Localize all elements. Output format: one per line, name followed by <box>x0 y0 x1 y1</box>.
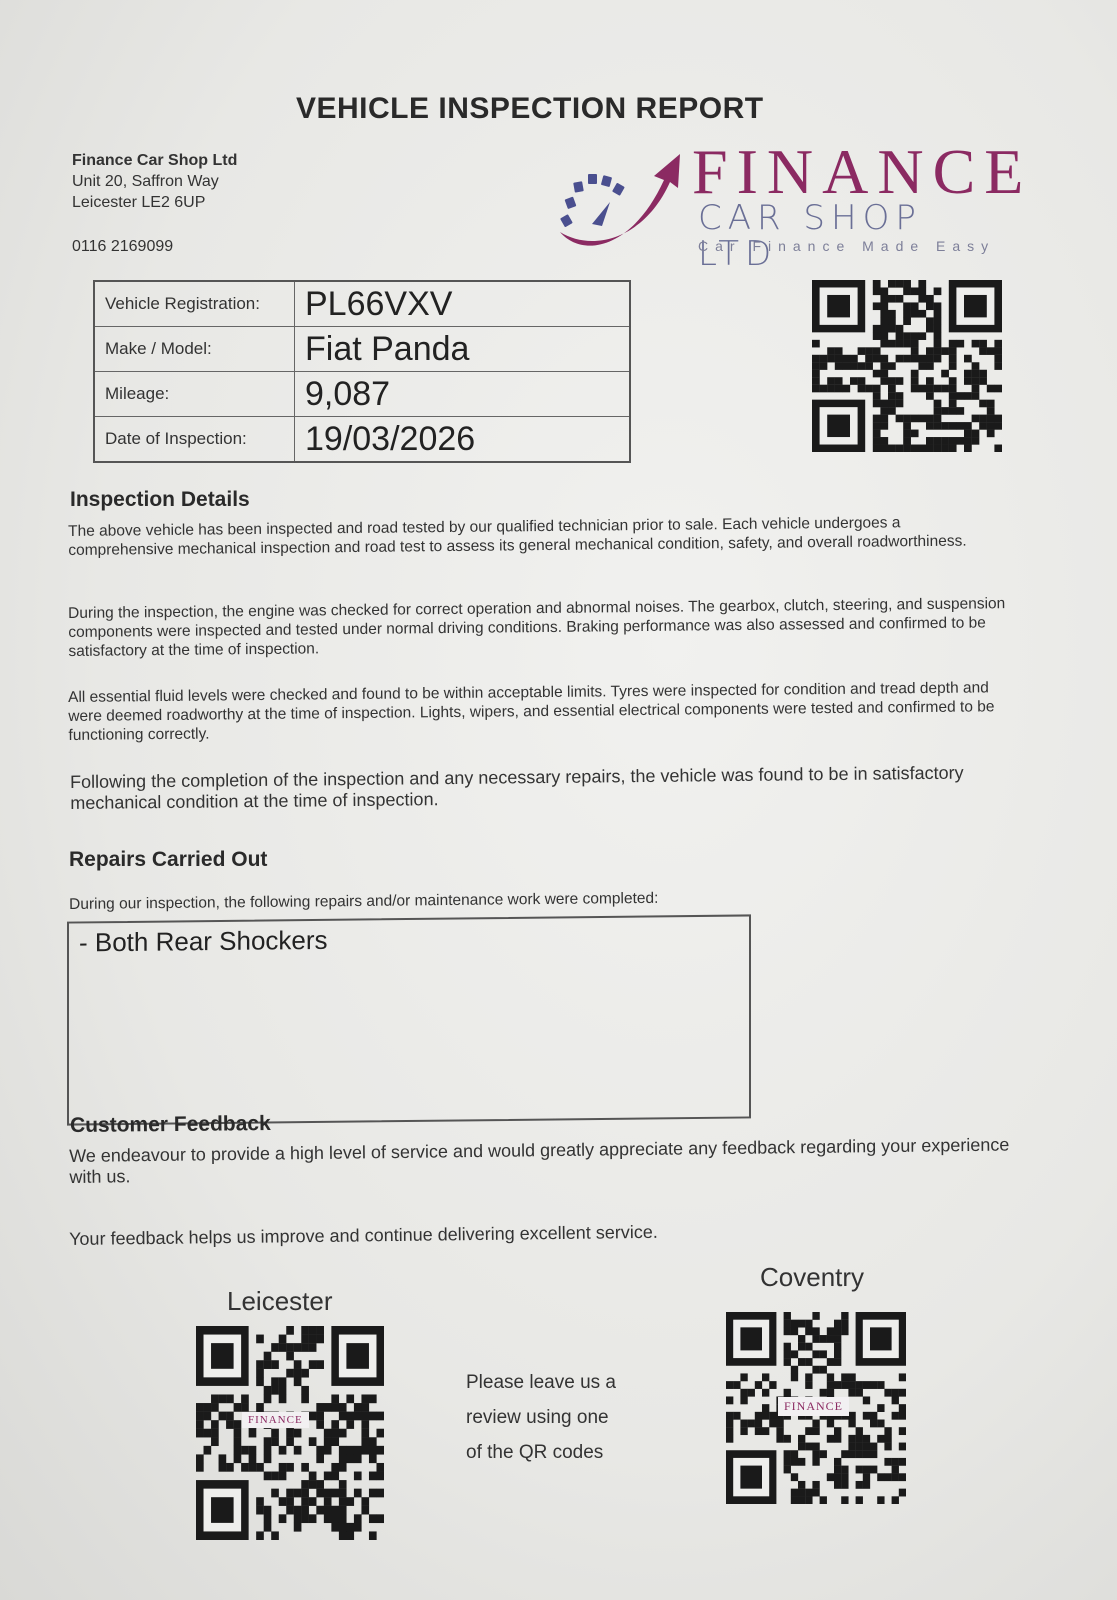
table-row: Make / Model: Fiat Panda <box>94 327 630 372</box>
inspection-paragraph-4: Following the completion of the inspecti… <box>70 762 1020 814</box>
review-line-1: Please leave us a <box>466 1365 616 1400</box>
repairs-intro: During our inspection, the following rep… <box>69 887 789 914</box>
leicester-label: Leicester <box>227 1286 333 1317</box>
inspection-paragraph-1: The above vehicle has been inspected and… <box>68 512 988 560</box>
company-logo: FINANCE CAR SHOP LTD Car Finance Made Ea… <box>562 140 1002 265</box>
inspection-paragraph-3: All essential fluid levels were checked … <box>68 678 1014 745</box>
company-address: Finance Car Shop Ltd Unit 20, Saffron Wa… <box>72 150 237 213</box>
leicester-qr-logo: FINANCE <box>242 1412 309 1428</box>
repair-item: - Both Rear Shockers <box>79 925 328 959</box>
coventry-label: Coventry <box>760 1262 864 1293</box>
review-line-2: review using one <box>466 1400 616 1435</box>
mileage-value: 9,087 <box>295 372 631 417</box>
logo-word-finance: FINANCE <box>692 140 1032 204</box>
report-page: VEHICLE INSPECTION REPORT Finance Car Sh… <box>0 0 1117 1600</box>
make-model-label: Make / Model: <box>94 327 295 372</box>
feedback-paragraph-1: We endeavour to provide a high level of … <box>69 1134 1019 1188</box>
qr-code-icon[interactable] <box>812 280 1002 452</box>
address-line-2: Leicester LE2 6UP <box>72 192 237 213</box>
inspection-date-value: 19/03/2026 <box>295 417 631 463</box>
make-model-value: Fiat Panda <box>295 327 631 372</box>
table-row: Vehicle Registration: PL66VXV <box>94 281 630 327</box>
logo-tagline: Car Finance Made Easy <box>698 238 995 254</box>
review-line-3: of the QR codes <box>466 1435 616 1470</box>
coventry-qr-logo: FINANCE <box>778 1397 849 1416</box>
logo-swoosh-icon <box>552 140 692 260</box>
leicester-qr-code-icon[interactable] <box>196 1326 384 1540</box>
inspection-date-label: Date of Inspection: <box>94 417 295 463</box>
inspection-details-heading: Inspection Details <box>70 488 250 512</box>
table-row: Date of Inspection: 19/03/2026 <box>94 417 630 463</box>
customer-feedback-heading: Customer Feedback <box>70 1112 271 1138</box>
review-instructions: Please leave us a review using one of th… <box>466 1365 616 1470</box>
document-title: VEHICLE INSPECTION REPORT <box>296 92 764 126</box>
repairs-heading: Repairs Carried Out <box>69 848 267 872</box>
address-line-1: Unit 20, Saffron Way <box>72 171 237 192</box>
company-phone: 0116 2169099 <box>72 238 173 256</box>
feedback-paragraph-2: Your feedback helps us improve and conti… <box>69 1217 1019 1250</box>
repairs-box: - Both Rear Shockers <box>67 914 751 1125</box>
registration-label: Vehicle Registration: <box>94 281 295 327</box>
company-name: Finance Car Shop Ltd <box>72 150 237 171</box>
table-row: Mileage: 9,087 <box>94 372 630 417</box>
mileage-label: Mileage: <box>94 372 295 417</box>
registration-value: PL66VXV <box>295 281 631 327</box>
logo-word-car-shop: CAR SHOP LTD <box>698 200 1002 272</box>
vehicle-details-table: Vehicle Registration: PL66VXV Make / Mod… <box>93 280 631 463</box>
inspection-paragraph-2: During the inspection, the engine was ch… <box>68 594 1014 661</box>
